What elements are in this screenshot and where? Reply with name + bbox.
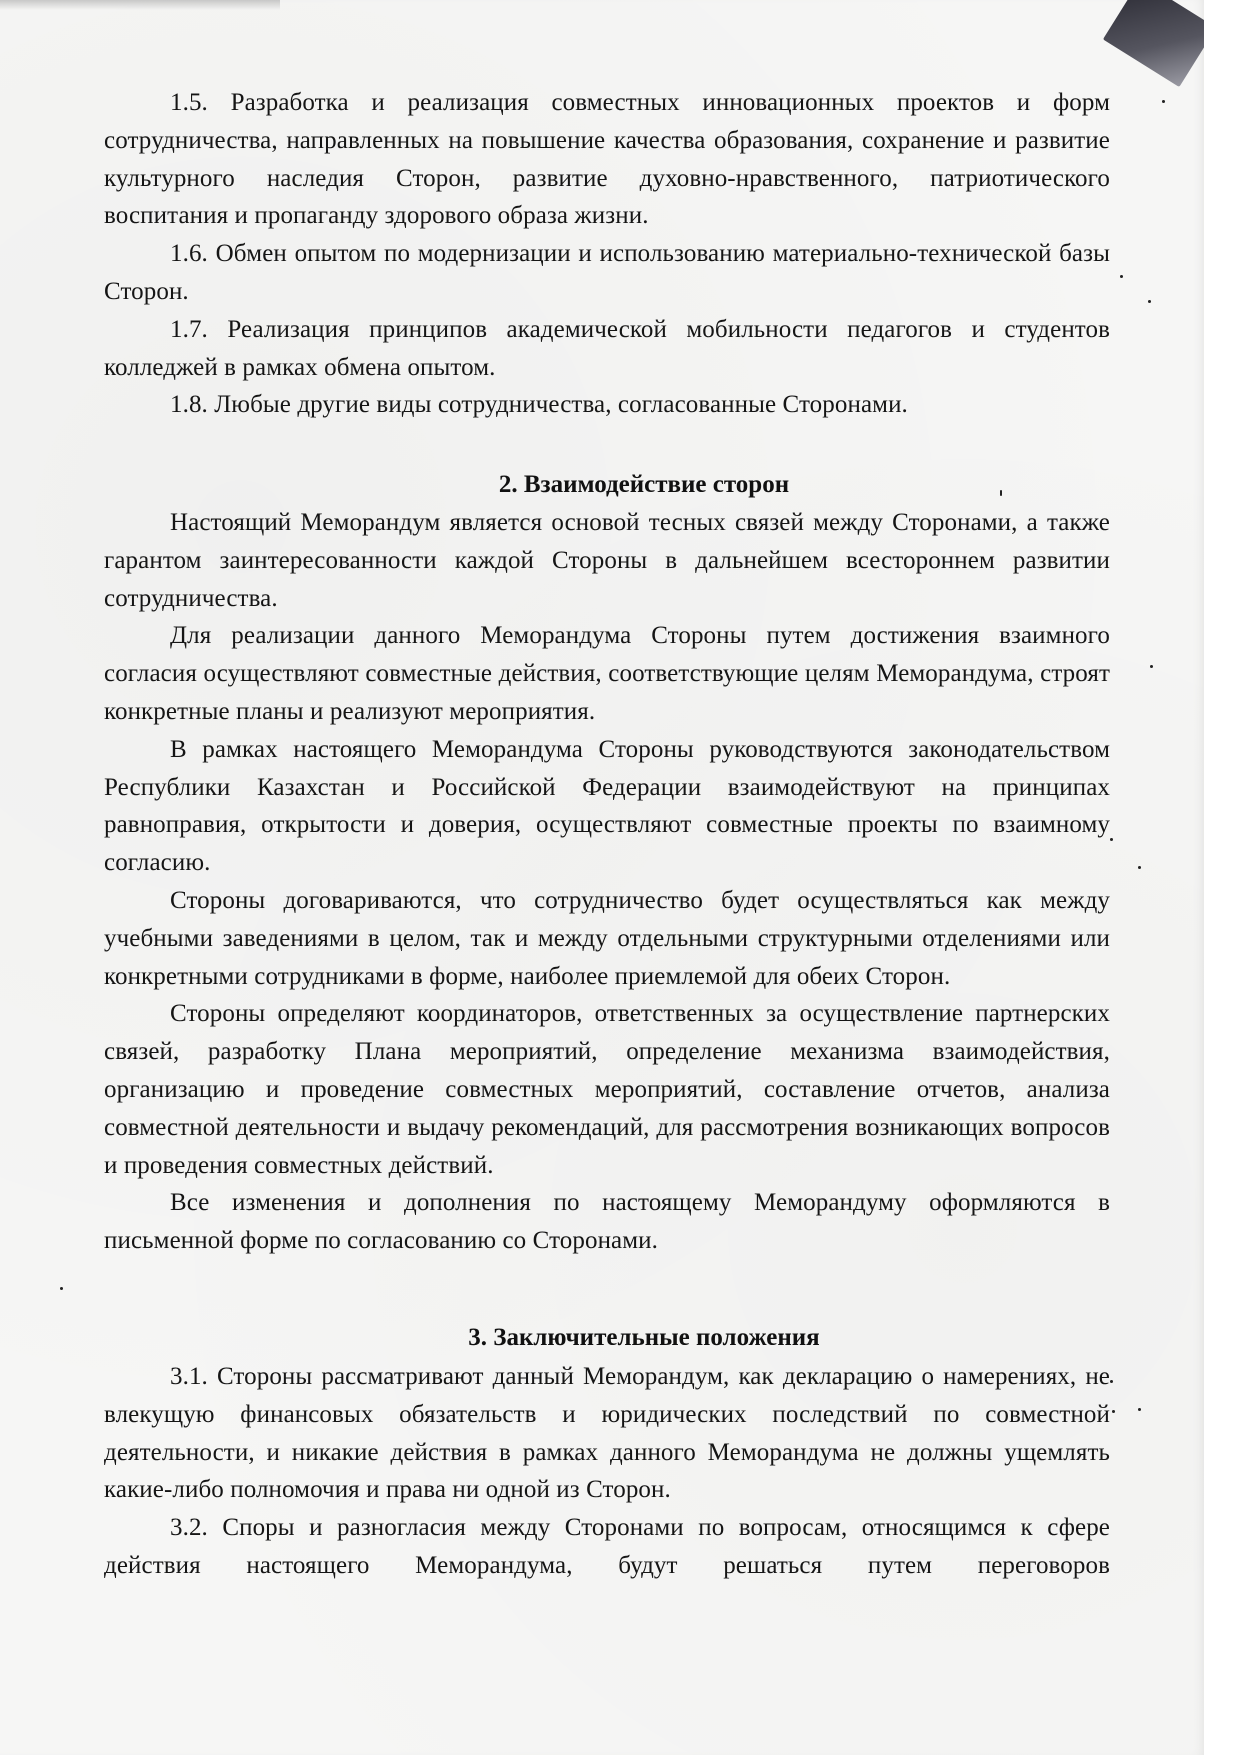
item-1-6: 1.6. Обмен опытом по модернизации и испо… xyxy=(104,235,1110,311)
scan-speck xyxy=(1120,275,1123,278)
scan-speck xyxy=(1138,1408,1141,1411)
scan-smudge xyxy=(0,0,280,10)
section2-paragraph: В рамках настоящего Меморандума Стороны … xyxy=(104,731,1110,882)
item-1-5: 1.5. Разработка и реализация совместных … xyxy=(104,84,1110,235)
scan-speck xyxy=(1110,1380,1113,1383)
scan-margin xyxy=(1204,0,1240,1755)
section3-paragraph: 3.1. Стороны рассматривают данный Мемора… xyxy=(104,1358,1110,1509)
item-1-7: 1.7. Реализация принципов академической … xyxy=(104,311,1110,387)
scan-speck xyxy=(1112,1410,1115,1413)
section2-paragraph: Стороны договариваются, что сотрудничест… xyxy=(104,882,1110,995)
scan-speck xyxy=(1138,866,1141,869)
section3-body: 3.1. Стороны рассматривают данный Мемора… xyxy=(104,1358,1110,1585)
section3-heading: 3. Заключительные положения xyxy=(104,1319,1184,1357)
section2-heading: 2. Взаимодействие сторон xyxy=(104,466,1184,504)
scan-speck xyxy=(1150,665,1153,668)
scan-speck xyxy=(1148,300,1151,303)
section2-paragraph: Для реализации данного Меморандума Сторо… xyxy=(104,617,1110,730)
scan-speck xyxy=(1110,838,1113,841)
section2-body: Настоящий Меморандум является основой те… xyxy=(104,504,1110,1260)
section2-paragraph: Все изменения и дополнения по настоящему… xyxy=(104,1184,1110,1260)
scanned-page: 1.5. Разработка и реализация совместных … xyxy=(0,0,1204,1755)
section2-paragraph: Настоящий Меморандум является основой те… xyxy=(104,504,1110,617)
scan-speck xyxy=(60,1287,63,1290)
section2-paragraph: Стороны определяют координаторов, ответс… xyxy=(104,995,1110,1184)
scan-corner-shadow xyxy=(1103,0,1216,87)
scan-speck xyxy=(1000,490,1002,496)
scan-speck xyxy=(1162,100,1165,103)
section3-paragraph: 3.2. Споры и разногласия между Сторонами… xyxy=(104,1509,1110,1585)
item-1-8: 1.8. Любые другие виды сотрудничества, с… xyxy=(104,386,1110,424)
section1-items: 1.5. Разработка и реализация совместных … xyxy=(104,84,1110,424)
